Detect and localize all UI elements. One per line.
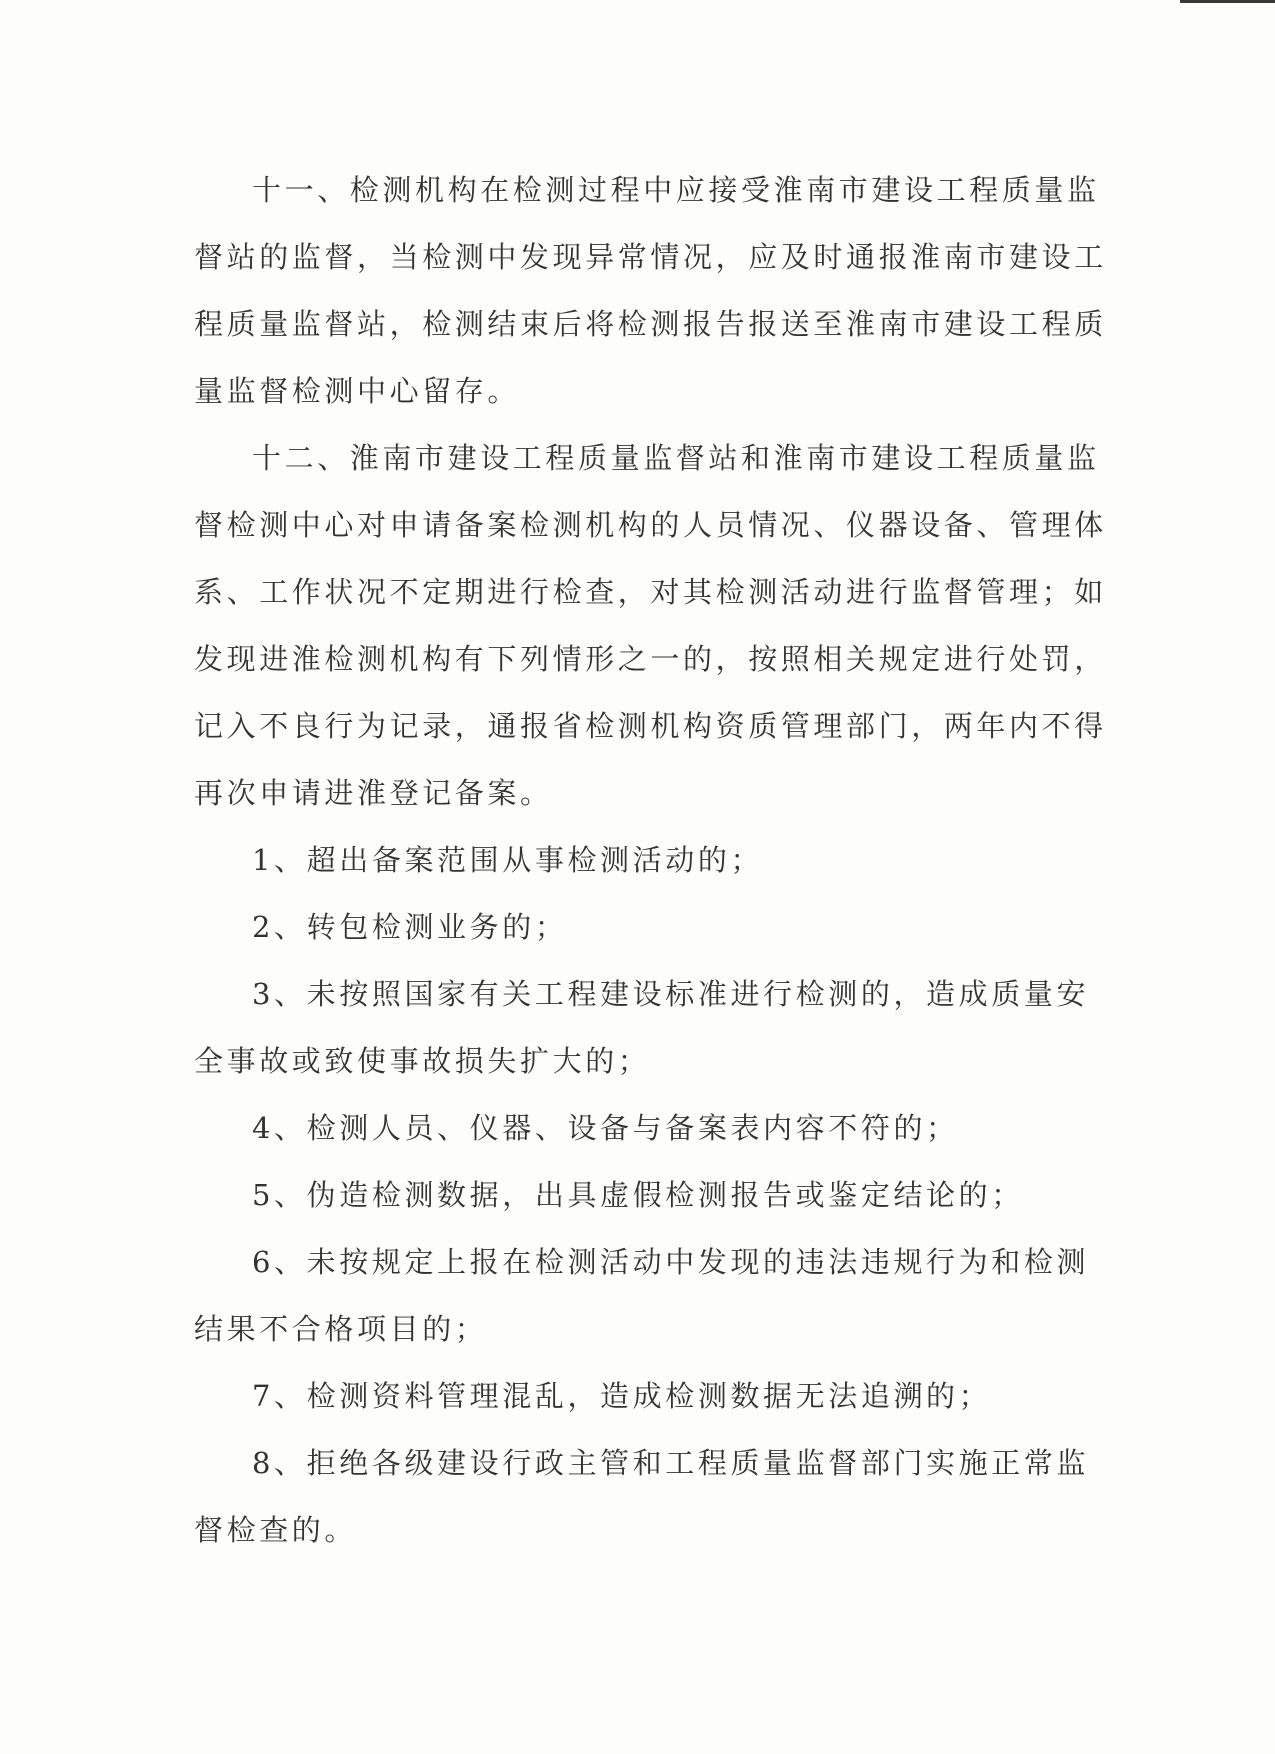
list-item-1: 1、超出备案范围从事检测活动的；: [252, 840, 763, 880]
list-item-6-line-2: 结果不合格项目的；: [194, 1309, 487, 1349]
article-12-line-4: 发现进淮检测机构有下列情形之一的，按照相关规定进行处罚，: [194, 639, 1107, 679]
article-11-line-3: 程质量监督站，检测结束后将检测报告报送至淮南市建设工程质: [194, 304, 1107, 344]
scan-edge: [1180, 0, 1275, 3]
list-item-2: 2、转包检测业务的；: [252, 907, 567, 947]
list-item-6-line-1: 6、未按规定上报在检测活动中发现的违法违规行为和检测: [252, 1242, 1089, 1282]
list-item-8-line-1: 8、拒绝各级建设行政主管和工程质量监督部门实施正常监: [252, 1443, 1089, 1483]
article-11-line-4: 量监督检测中心留存。: [194, 371, 520, 411]
article-12-line-3: 系、工作状况不定期进行检查，对其检测活动进行监督管理；如: [194, 572, 1107, 612]
article-12-line-2: 督检测中心对申请备案检测机构的人员情况、仪器设备、管理体: [194, 505, 1107, 545]
list-item-5: 5、伪造检测数据，出具虚假检测报告或鉴定结论的；: [252, 1175, 1024, 1215]
article-12-line-1: 十二、淮南市建设工程质量监督站和淮南市建设工程质量监: [252, 438, 1100, 478]
list-item-7: 7、检测资料管理混乱，造成检测数据无法追溯的；: [252, 1376, 991, 1416]
list-item-8-line-2: 督检查的。: [194, 1510, 357, 1550]
list-item-3-line-1: 3、未按照国家有关工程建设标准进行检测的，造成质量安: [252, 974, 1089, 1014]
article-12-line-6: 再次申请进淮登记备案。: [194, 773, 553, 813]
list-item-3-line-2: 全事故或致使事故损失扩大的；: [194, 1041, 650, 1081]
list-item-4: 4、检测人员、仪器、设备与备案表内容不符的；: [252, 1108, 959, 1148]
article-11-line-2: 督站的监督，当检测中发现异常情况，应及时通报淮南市建设工: [194, 237, 1107, 277]
article-11-line-1: 十一、检测机构在检测过程中应接受淮南市建设工程质量监: [252, 170, 1100, 210]
article-12-line-5: 记入不良行为记录，通报省检测机构资质管理部门，两年内不得: [194, 706, 1107, 746]
